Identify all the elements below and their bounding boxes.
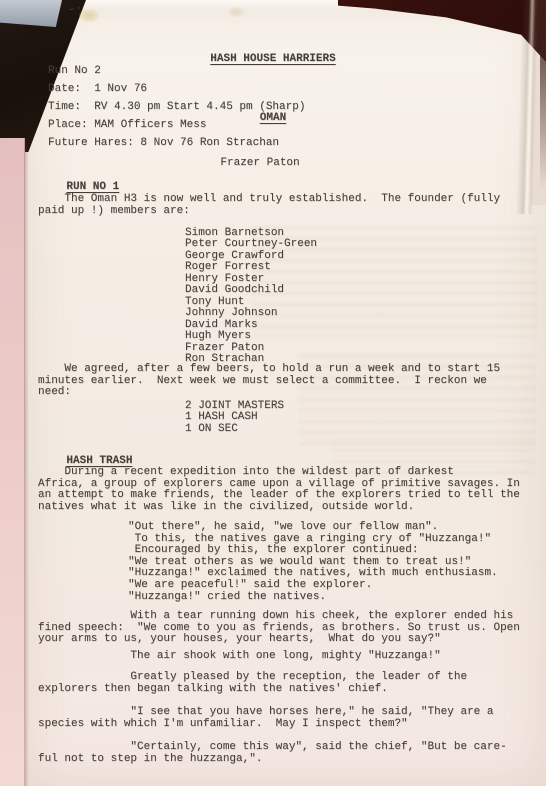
paragraph-expedition: During a recent expedition into the wild…: [38, 467, 520, 513]
paragraph-punchline: "Certainly, come this way", said the chi…: [38, 742, 507, 765]
text-line: Run No 2: [48, 62, 305, 80]
text-line: paid up !) members are:: [38, 206, 500, 218]
text-line: ful not to step in the huzzanga,".: [38, 754, 507, 766]
text-line: 1 ON SEC: [185, 424, 284, 435]
paragraph-horses: "I see that you have horses here," he sa…: [38, 707, 493, 730]
paragraph-chief-talk: Greatly pleased by the reception, the le…: [38, 672, 467, 695]
text-line: "Out there", he said, "we love our fello…: [128, 522, 498, 534]
paragraph-founders-intro: The Oman H3 is now well and truly establ…: [38, 194, 500, 217]
pink-page-edge: [0, 138, 25, 786]
run-details-block: Run No 2Date: 1 Nov 76Time: RV 4.30 pm S…: [48, 62, 305, 152]
dialogue-block: "Out there", he said, "we love our fello…: [128, 522, 498, 603]
text-line: Greatly pleased by the reception, the le…: [38, 672, 467, 684]
text-line: During a recent expedition into the wild…: [38, 467, 520, 479]
text-line: "We are peaceful!" said the explorer.: [128, 580, 498, 592]
text-line: Johnny Johnson: [185, 308, 317, 319]
future-hare-name: Frazer Paton: [220, 157, 299, 169]
founders-list: Simon BarnetsonPeter Courtney-GreenGeorg…: [185, 228, 317, 365]
text-line: minutes earlier. Next week we must selec…: [38, 376, 500, 388]
committee-list: 2 JOINT MASTERS1 HASH CASH1 ON SEC: [185, 401, 284, 435]
text-line: need:: [38, 387, 500, 399]
text-line: "I see that you have horses here," he sa…: [38, 707, 493, 719]
text-line: The air shook with one long, mighty "Huz…: [38, 651, 441, 663]
text-line: Time: RV 4.30 pm Start 4.45 pm (Sharp): [48, 98, 305, 116]
paragraph-agreement: We agreed, after a few beers, to hold a …: [38, 364, 500, 399]
text-line: Place: MAM Officers Mess: [48, 116, 305, 134]
future-hare-second-line: Frazer Paton: [194, 146, 300, 181]
text-line: "Huzzanga!" cried the natives.: [128, 592, 498, 604]
text-line: We agreed, after a few beers, to hold a …: [38, 364, 500, 376]
text-line: species with which I'm unfamiliar. May I…: [38, 719, 493, 731]
paragraph-air-shook: The air shook with one long, mighty "Huz…: [38, 651, 441, 663]
paragraph-tear-speech: With a tear running down his cheek, the …: [38, 611, 520, 646]
text-line: your arms to us, your houses, your heart…: [38, 634, 520, 646]
text-line: 1 HASH CASH: [185, 412, 284, 423]
text-line: With a tear running down his cheek, the …: [38, 611, 520, 623]
text-line: The Oman H3 is now well and truly establ…: [38, 194, 500, 206]
text-line: Hugh Myers: [185, 331, 317, 342]
text-line: Date: 1 Nov 76: [48, 80, 305, 98]
text-line: explorers then began talking with the na…: [38, 684, 467, 696]
text-line: "Certainly, come this way", said the chi…: [38, 742, 507, 754]
text-line: David Goodchild: [185, 285, 317, 296]
photo-of-document: ~· HASH HOUSE HARRIERS OMAN Run No 2Date…: [0, 0, 546, 786]
page-edge-shadow: [24, 138, 29, 786]
text-line: natives what it was like in the civilize…: [38, 502, 520, 514]
